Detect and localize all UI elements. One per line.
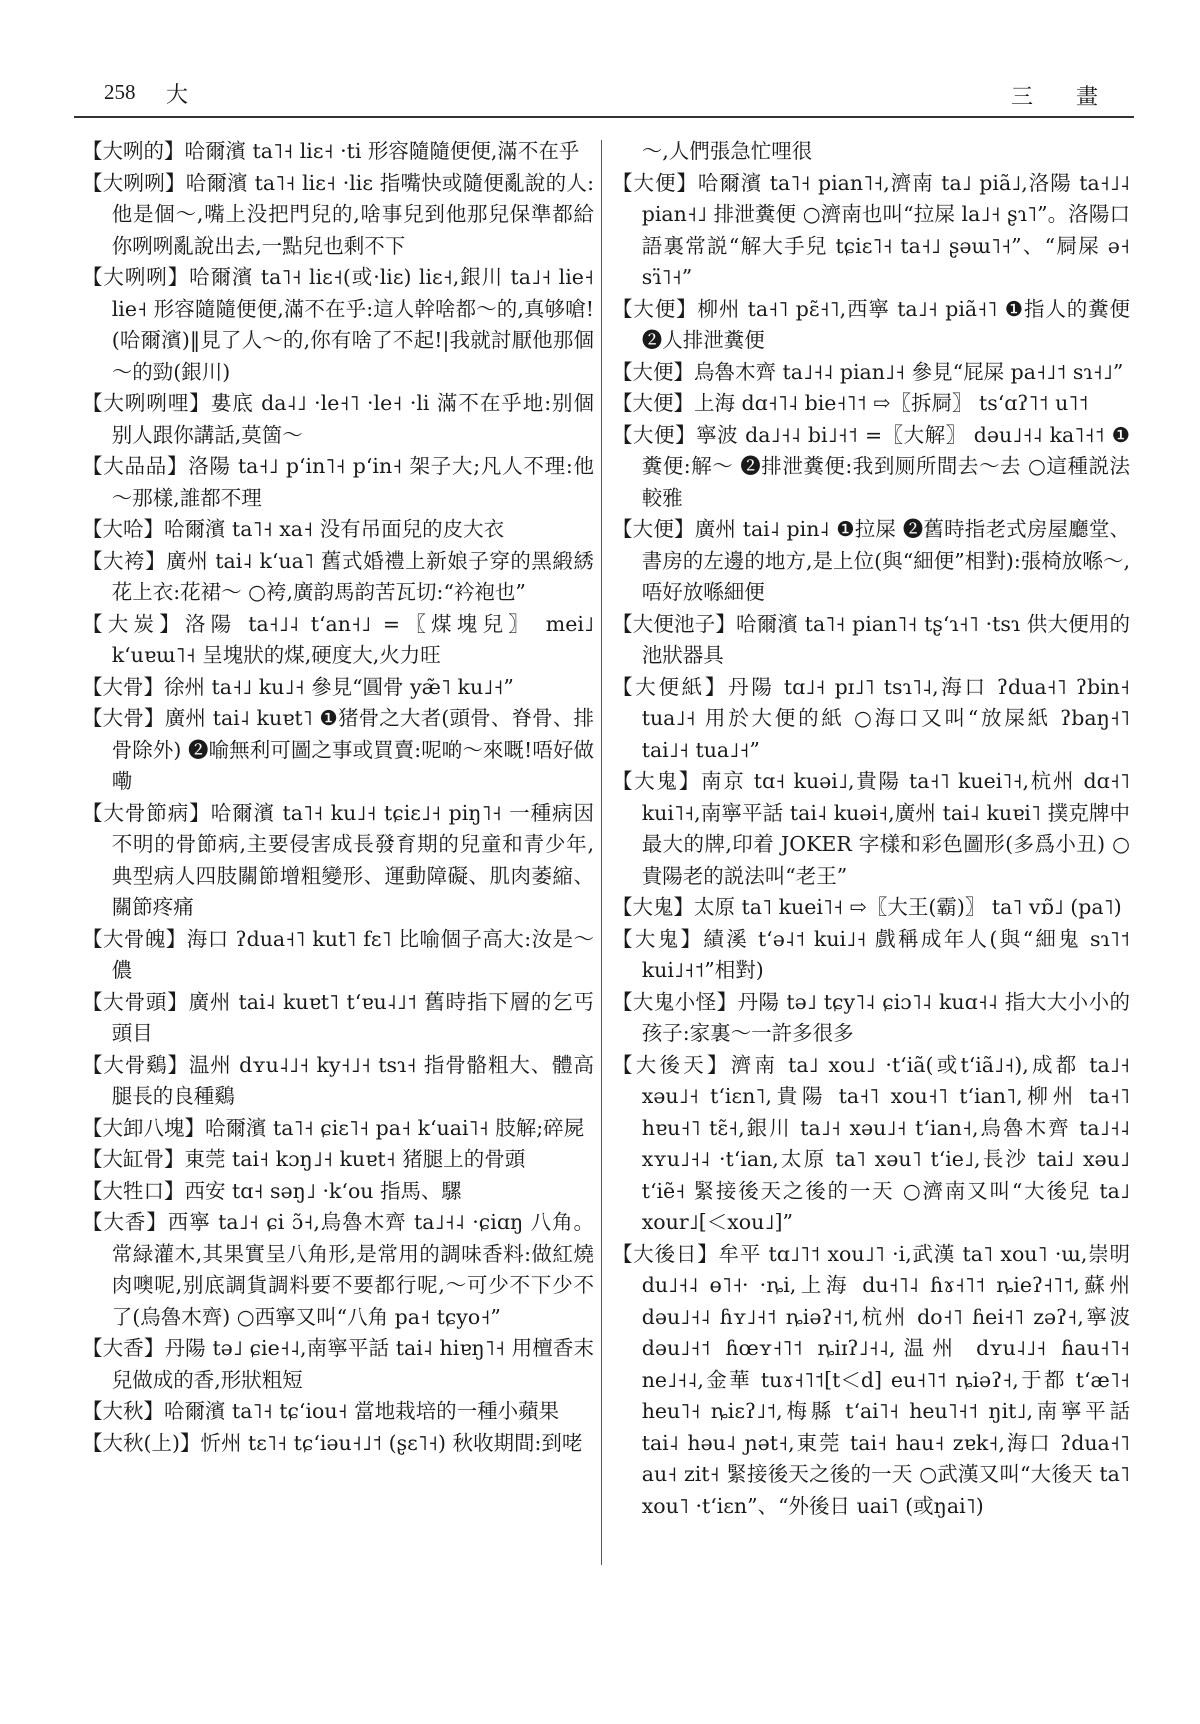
entry-headword: 【大便】 — [612, 171, 698, 195]
entry-definition: 牟平 tɑ˩˥˦ xou˩˥ ·i,武漢 ta˥ xou˥ ·ɯ,崇明 du˩˧… — [642, 1242, 1130, 1518]
entry-headword: 【大後日】 — [612, 1242, 719, 1266]
dictionary-entry: 【大卸八塊】哈爾濱 ta˥˧ ɕiɛ˥˧ pa˧ kʻuai˥˧ 肢解;碎屍 — [82, 1113, 594, 1145]
entry-headword: 【大便】 — [612, 360, 694, 384]
header-rule — [74, 116, 1134, 118]
entry-headword: 【大便】 — [612, 517, 695, 541]
entry-headword: 【大後天】 — [612, 1053, 731, 1077]
dictionary-entry: 【大咧咧哩】婁底 da˨˩ ·le˧˥ ·le˧ ·li 滿不在乎地:别個别人跟… — [82, 388, 594, 451]
entry-headword: 【大哈】 — [82, 517, 164, 541]
dictionary-entry: 【大鬼】太原 ta˥ kuei˥˧ ⇨〖大王(霸)〗 ta˥ vɒ̃˩ (pa˥… — [612, 892, 1130, 924]
dictionary-entry: 【大骨鷄】温州 dʏu˨˩˧ ky˧˩˧ tsɿ˧ 指骨骼粗大、體高腿長的良種鷄 — [82, 1050, 594, 1113]
entry-definition: 上海 dɑ˧˥˨ bie˧˥˦ ⇨〖拆屙〗 tsʻɑʔ˥˦ u˥˦ — [694, 391, 1089, 415]
dictionary-entry: 【大便池子】哈爾濱 ta˥˧ pian˥˧ tʂʻɿ˧˥ ·tsɿ 供大便用的池… — [612, 609, 1130, 672]
entry-definition: 哈爾濱 ta˥˧ pian˥˧,濟南 ta˩ piã˩,洛陽 ta˧˩˨ pia… — [642, 171, 1130, 290]
entry-headword: 【大袴】 — [82, 549, 166, 573]
entry-definition: 南京 tɑ˧ kuəi˩,貴陽 ta˧˥ kuei˥˧,杭州 dɑ˧˥ kui˥… — [642, 769, 1130, 888]
dictionary-entry: ～,人們張急忙哩很 — [612, 136, 1130, 168]
entry-headword: 【大咧咧】 — [82, 265, 189, 289]
entry-definition: 烏魯木齊 ta˩˧˨ pian˩˧ 參見“屁屎 pa˧˩˦ sɿ˧˩” — [694, 360, 1123, 384]
entry-definition: 丹陽 tə˩ ɕie˧˨,南寧平話 tai˨ hiɐŋ˥˧ 用檀香末兒做成的香,… — [112, 1336, 594, 1392]
entry-definition: 忻州 tɛ˥˧ tɕʻiəu˧˩˦ (ʂɛ˥˧) 秋收期間:到咾 — [201, 1431, 583, 1455]
entry-definition: 廣州 tai˨ pin˨ ❶拉屎 ❷舊時指老式房屋廳堂、書房的左邊的地方,是上位… — [642, 517, 1130, 604]
section-label: 三 畫 — [1011, 80, 1116, 111]
dictionary-entry: 【大便】哈爾濱 ta˥˧ pian˥˧,濟南 ta˩ piã˩,洛陽 ta˧˩˨… — [612, 168, 1130, 294]
entry-headword: 【大骨】 — [82, 675, 164, 699]
entry-headword: 【大品品】 — [82, 454, 188, 478]
entry-headword: 【大便】 — [612, 391, 694, 415]
page-number: 258 — [104, 80, 136, 105]
entry-definition: 西寧 ta˩˧ ɕi ɔ̃˧,烏魯木齊 ta˩˧˨ ·ɕiɑŋ 八角。常緑灌木,… — [112, 1210, 594, 1329]
entry-headword: 【大缸骨】 — [82, 1147, 185, 1171]
entry-headword: 【大咧咧哩】 — [82, 391, 211, 415]
entry-headword: 【大骨頭】 — [82, 990, 189, 1014]
entry-headword: 【大牲口】 — [82, 1179, 185, 1203]
entry-headword: 【大秋】 — [82, 1399, 164, 1423]
entry-headword: 【大便】 — [612, 297, 698, 321]
entry-headword: 【大骨魄】 — [82, 927, 187, 951]
entry-headword: 【大骨鷄】 — [82, 1053, 189, 1077]
entry-definition: 哈爾濱 ta˥˧ liɛ˧ ·ti 形容隨隨便便,滿不在乎 — [185, 139, 580, 163]
dictionary-entry: 【大鬼】績溪 tʻə˨˦ kui˩˧ 戲稱成年人(與“細鬼 sɿ˥˦ kui˩˧… — [612, 924, 1130, 987]
dictionary-entry: 【大咧咧】哈爾濱 ta˥˧ liɛ˧(或·liɛ) liɛ˧,銀川 ta˩˧ l… — [82, 262, 594, 388]
entry-headword: 【大便池子】 — [612, 612, 736, 636]
dictionary-entry: 【大後日】牟平 tɑ˩˥˦ xou˩˥ ·i,武漢 ta˥ xou˥ ·ɯ,崇明… — [612, 1239, 1130, 1523]
dictionary-entry: 【大便】寧波 da˩˧˨ bi˩˧˦ =〖大解〗 dəu˩˧˨ ka˥˧˦ ❶糞… — [612, 420, 1130, 515]
dictionary-entry: 【大香】西寧 ta˩˧ ɕi ɔ̃˧,烏魯木齊 ta˩˧˨ ·ɕiɑŋ 八角。常… — [82, 1207, 594, 1333]
dictionary-entry: 【大秋(上)】忻州 tɛ˥˧ tɕʻiəu˧˩˦ (ʂɛ˥˧) 秋收期間:到咾 — [82, 1428, 594, 1460]
entry-definition: 太原 ta˥ kuei˥˧ ⇨〖大王(霸)〗 ta˥ vɒ̃˩ (pa˥) — [694, 895, 1122, 919]
dictionary-entry: 【大袴】廣州 tai˨ kʻua˥ 舊式婚禮上新娘子穿的黑緞綉花上衣:花裙～ ○… — [82, 546, 594, 609]
entry-definition: 廣州 tai˨ kuɐt˥ ❶猪骨之大者(頭骨、脊骨、排骨除外) ❷喻無利可圖之… — [112, 706, 594, 793]
dictionary-entry: 【大鬼】南京 tɑ˧ kuəi˩,貴陽 ta˧˥ kuei˥˧,杭州 dɑ˧˥ … — [612, 766, 1130, 892]
entry-headword: 【大香】 — [82, 1336, 165, 1360]
dictionary-entry: 【大便】柳州 ta˧˥ pɛ̃˧˥,西寧 ta˩˧ piã˧˥ ❶指人的糞便 ❷… — [612, 294, 1130, 357]
dictionary-entry: 【大炭】洛陽 ta˧˩˨ tʻan˧˩ =〖煤塊兒〗 mei˩ kʻuɐɯ˥˧ … — [82, 609, 594, 672]
dictionary-entry: 【大秋】哈爾濱 ta˥˧ tɕʻiou˧ 當地栽培的一種小蘋果 — [82, 1396, 594, 1428]
column-divider — [601, 140, 602, 1565]
entry-headword: 【大鬼】 — [612, 927, 703, 951]
right-column: ～,人們張急忙哩很【大便】哈爾濱 ta˥˧ pian˥˧,濟南 ta˩ piã˩… — [612, 136, 1130, 1522]
dictionary-entry: 【大缸骨】東莞 tai˧ kɔŋ˩˧ kuɐt˧ 猪腿上的骨頭 — [82, 1144, 594, 1176]
entry-headword: 【大便】 — [612, 423, 696, 447]
entry-headword: 【大骨】 — [82, 706, 165, 730]
dictionary-entry: 【大咧咧】哈爾濱 ta˥˧ liɛ˧ ·liɛ 指嘴快或隨便亂說的人:他是個～,… — [82, 168, 594, 263]
dictionary-entry: 【大鬼小怪】丹陽 tə˩ tɕy˥˨ ɕiɔ˥˨ kuɑ˧˨ 指大大小小的孩子:… — [612, 987, 1130, 1050]
entry-definition: 洛陽 ta˧˩˨ tʻan˧˩ =〖煤塊兒〗 mei˩ kʻuɐɯ˥˧ 呈塊狀的… — [112, 612, 594, 668]
dictionary-entry: 【大便】廣州 tai˨ pin˨ ❶拉屎 ❷舊時指老式房屋廳堂、書房的左邊的地方… — [612, 514, 1130, 609]
dictionary-entry: 【大牲口】西安 tɑ˧ səŋ˩ ·kʻou 指馬、騾 — [82, 1176, 594, 1208]
entry-headword: 【大咧的】 — [82, 139, 185, 163]
page-header: 258 大 三 畫 — [78, 72, 1130, 108]
entry-headword: 【大香】 — [82, 1210, 168, 1234]
entry-headword: 【大鬼小怪】 — [612, 990, 738, 1014]
entry-headword: 【大咧咧】 — [82, 171, 186, 195]
dictionary-entry: 【大骨魄】海口 ʔdua˧˥ kut˥ fɛ˥ 比喻個子高大:汝是～儂 — [82, 924, 594, 987]
entry-headword: 【大秋(上)】 — [82, 1431, 201, 1455]
entry-definition: 哈爾濱 ta˥˧ tɕʻiou˧ 當地栽培的一種小蘋果 — [164, 1399, 559, 1423]
dictionary-entry: 【大骨】徐州 ta˧˩ ku˩˧ 參見“圓骨 yæ̃˥ ku˩˧” — [82, 672, 594, 704]
left-column: 【大咧的】哈爾濱 ta˥˧ liɛ˧ ·ti 形容隨隨便便,滿不在乎【大咧咧】哈… — [82, 136, 594, 1459]
dictionary-entry: 【大香】丹陽 tə˩ ɕie˧˨,南寧平話 tai˨ hiɐŋ˥˧ 用檀香末兒做… — [82, 1333, 594, 1396]
entry-definition: 柳州 ta˧˥ pɛ̃˧˥,西寧 ta˩˧ piã˧˥ ❶指人的糞便 ❷人排泄糞… — [642, 297, 1130, 353]
dictionary-entry: 【大便紙】丹陽 tɑ˩˧ pɪ˩˥ tsɿ˥˨,海口 ʔdua˧˥ ʔbin˧ … — [612, 672, 1130, 767]
entry-headword: 【大炭】 — [82, 612, 185, 636]
dictionary-entry: 【大便】上海 dɑ˧˥˨ bie˧˥˦ ⇨〖拆屙〗 tsʻɑʔ˥˦ u˥˦ — [612, 388, 1130, 420]
entry-headword: 【大卸八塊】 — [82, 1116, 205, 1140]
entry-definition: 廣州 tai˨ kʻua˥ 舊式婚禮上新娘子穿的黑緞綉花上衣:花裙～ ○袴,廣韵… — [112, 549, 594, 605]
entry-definition: ～,人們張急忙哩很 — [642, 139, 813, 163]
entry-definition: 濟南 ta˩ xou˩ ·tʻiã(或tʻiã˩˧),成都 ta˩˧ xəu˩˧… — [642, 1053, 1130, 1235]
entry-definition: 績溪 tʻə˨˦ kui˩˧ 戲稱成年人(與“細鬼 sɿ˥˦ kui˩˧˦”相對… — [642, 927, 1130, 983]
dictionary-entry: 【大骨】廣州 tai˨ kuɐt˥ ❶猪骨之大者(頭骨、脊骨、排骨除外) ❷喻無… — [82, 703, 594, 798]
entry-headword: 【大骨節病】 — [82, 801, 211, 825]
entry-definition: 西安 tɑ˧ səŋ˩ ·kʻou 指馬、騾 — [185, 1179, 463, 1203]
entry-headword: 【大鬼】 — [612, 769, 701, 793]
dictionary-entry: 【大品品】洛陽 ta˧˩ pʻin˥˧ pʻin˧ 架子大;凡人不理:他～那樣,… — [82, 451, 594, 514]
entry-definition: 哈爾濱 ta˥˧ ɕiɛ˥˧ pa˧ kʻuai˥˧ 肢解;碎屍 — [205, 1116, 584, 1140]
entry-definition: 寧波 da˩˧˨ bi˩˧˦ =〖大解〗 dəu˩˧˨ ka˥˧˦ ❶糞便:解～… — [642, 423, 1130, 510]
entry-definition: 徐州 ta˧˩ ku˩˧ 參見“圓骨 yæ̃˥ ku˩˧” — [164, 675, 514, 699]
dictionary-entry: 【大後天】濟南 ta˩ xou˩ ·tʻiã(或tʻiã˩˧),成都 ta˩˧ … — [612, 1050, 1130, 1239]
page-head-character: 大 — [166, 78, 188, 109]
entry-headword: 【大便紙】 — [612, 675, 728, 699]
dictionary-entry: 【大哈】哈爾濱 ta˥˧ xa˧ 没有吊面兒的皮大衣 — [82, 514, 594, 546]
dictionary-entry: 【大便】烏魯木齊 ta˩˧˨ pian˩˧ 參見“屁屎 pa˧˩˦ sɿ˧˩” — [612, 357, 1130, 389]
entry-definition: 哈爾濱 ta˥˧ xa˧ 没有吊面兒的皮大衣 — [164, 517, 504, 541]
dictionary-entry: 【大咧的】哈爾濱 ta˥˧ liɛ˧ ·ti 形容隨隨便便,滿不在乎 — [82, 136, 594, 168]
entry-definition: 東莞 tai˧ kɔŋ˩˧ kuɐt˧ 猪腿上的骨頭 — [185, 1147, 526, 1171]
dictionary-entry: 【大骨頭】廣州 tai˨ kuɐt˥ tʻɐu˨˩˦ 舊時指下層的乞丐頭目 — [82, 987, 594, 1050]
dictionary-entry: 【大骨節病】哈爾濱 ta˥˧ ku˩˧ tɕiɛ˩˧ piŋ˥˧ 一種病因不明的… — [82, 798, 594, 924]
entry-headword: 【大鬼】 — [612, 895, 694, 919]
